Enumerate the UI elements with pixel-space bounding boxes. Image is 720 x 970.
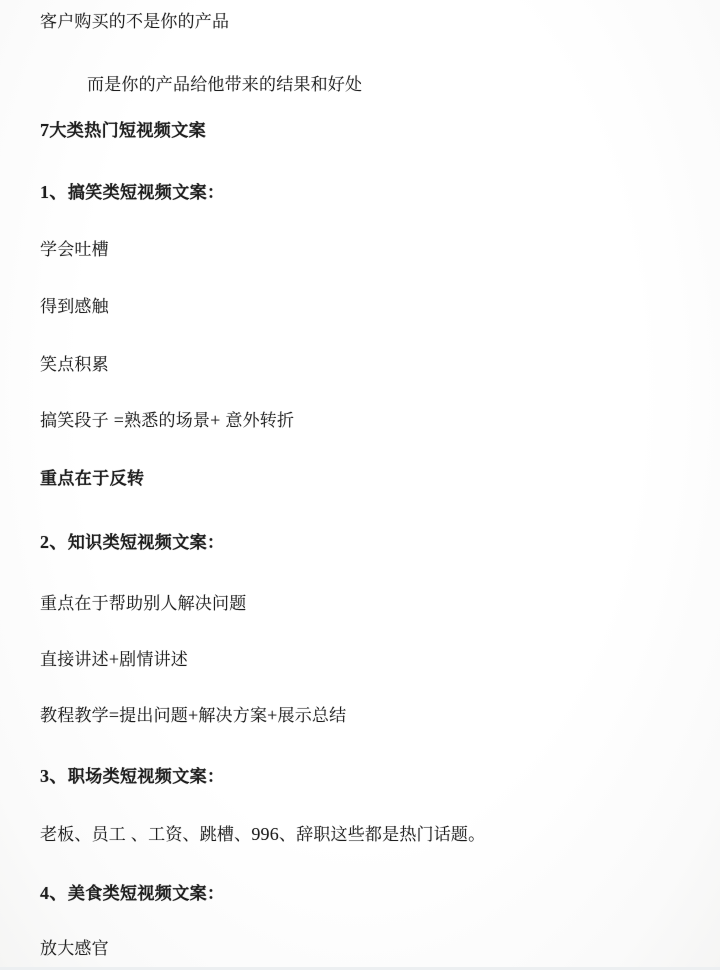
document-page: 客户购买的不是你的产品而是你的产品给他带来的结果和好处7大类热门短视频文案1、搞… <box>0 0 720 970</box>
doc-title: 7大类热门短视频文案 <box>40 119 206 142</box>
text-run: 客户购买的不是你的产品 <box>40 12 229 31</box>
numeral-run: + <box>267 705 277 725</box>
text-run: 提出问题 <box>119 706 188 725</box>
text-run: 、辞职这些都是热门话题。 <box>279 825 485 844</box>
text-run: 熟悉的场景 <box>124 411 210 430</box>
heading-knowledge-category: 2、知识类短视频文案： <box>40 531 224 554</box>
numeral-run: 7 <box>40 120 49 140</box>
text-run: 笑点积累 <box>40 355 109 374</box>
numeral-run: + <box>210 410 220 430</box>
heading-funny-category: 1、搞笑类短视频文案： <box>40 181 224 204</box>
text-run: 剧情讲述 <box>119 650 188 669</box>
funny-key-point: 重点在于反转 <box>40 468 144 490</box>
heading-workplace-category: 3、职场类短视频文案： <box>40 765 224 788</box>
workplace-topics: 老板、员工 、工资、跳槽、996、辞职这些都是热门话题。 <box>40 823 485 846</box>
intro-line-2: 而是你的产品给他带来的结果和好处 <box>87 74 362 96</box>
text-run: 展示总结 <box>278 706 347 725</box>
text-run: 知识类短视频文案： <box>68 533 225 552</box>
knowledge-point-2: 直接讲述+剧情讲述 <box>40 648 188 671</box>
heading-food-category: 4、美食类短视频文案： <box>40 882 224 905</box>
numeral-run: 996 <box>251 824 279 844</box>
text-run: 老板、员工 、工资、跳槽、 <box>40 825 251 844</box>
text-run: 学会吐槽 <box>40 240 109 259</box>
text-run: 重点在于帮助别人解决问题 <box>40 594 246 613</box>
text-run: 得到感触 <box>40 297 109 316</box>
numeral-run: = <box>109 705 119 725</box>
numeral-run: + <box>109 649 119 669</box>
knowledge-formula: 教程教学=提出问题+解决方案+展示总结 <box>40 704 346 727</box>
text-run: 大类热门短视频文案 <box>49 121 206 140</box>
text-run: 职场类短视频文案： <box>68 767 225 786</box>
funny-point-3: 笑点积累 <box>40 354 109 376</box>
numeral-run: + <box>188 705 198 725</box>
text-run: 搞笑段子 <box>40 411 114 430</box>
funny-formula: 搞笑段子 =熟悉的场景+ 意外转折 <box>40 409 294 432</box>
knowledge-point-1: 重点在于帮助别人解决问题 <box>40 593 246 615</box>
text-run: 美食类短视频文案： <box>68 884 225 903</box>
food-point-1: 放大感官 <box>40 938 109 960</box>
text-run: 而是你的产品给他带来的结果和好处 <box>87 75 362 94</box>
intro-line-1: 客户购买的不是你的产品 <box>40 11 229 33</box>
funny-point-1: 学会吐槽 <box>40 239 109 261</box>
text-run: 搞笑类短视频文案： <box>68 183 225 202</box>
numeral-run: 3、 <box>40 766 68 786</box>
text-run: 放大感官 <box>40 939 109 958</box>
funny-point-2: 得到感触 <box>40 296 109 318</box>
text-run: 意外转折 <box>220 411 294 430</box>
numeral-run: = <box>114 410 124 430</box>
text-run: 直接讲述 <box>40 650 109 669</box>
numeral-run: 2、 <box>40 532 68 552</box>
text-run: 教程教学 <box>40 706 109 725</box>
numeral-run: 1、 <box>40 182 68 202</box>
text-run: 重点在于反转 <box>40 469 144 488</box>
text-run: 解决方案 <box>198 706 267 725</box>
numeral-run: 4、 <box>40 883 68 903</box>
